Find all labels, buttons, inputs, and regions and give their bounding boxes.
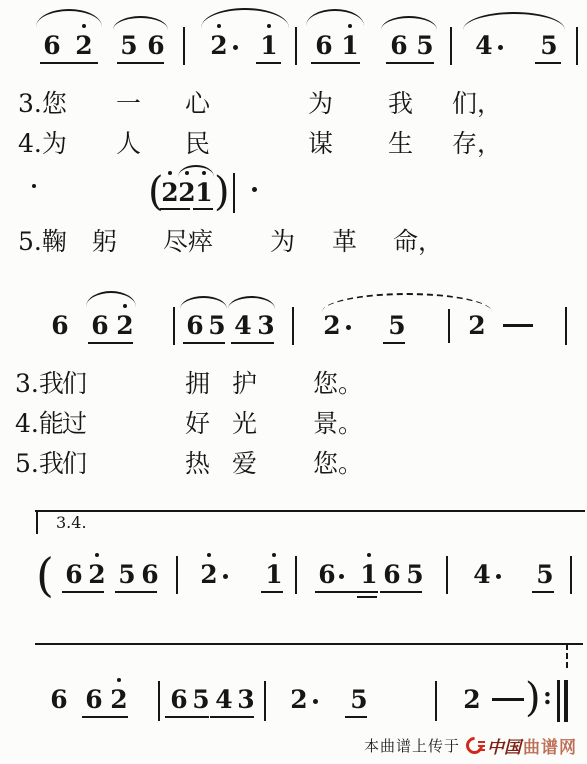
- augmentation-dot: [346, 325, 351, 330]
- note-digit: 6: [51, 313, 69, 338]
- barline: [450, 27, 452, 65]
- beam-underline: [345, 716, 367, 718]
- note-digit: 2: [468, 313, 486, 338]
- note-digit: 5: [120, 33, 138, 58]
- lyric-text: 躬: [92, 228, 117, 256]
- lyric-text: 为: [270, 228, 295, 256]
- site-logo-text-cn: 中国: [487, 733, 521, 758]
- lyric-text: 4.能: [15, 410, 64, 438]
- beam-underline: [386, 62, 434, 64]
- note-digit: 4: [473, 562, 491, 587]
- augmentation-dot: [233, 45, 238, 50]
- note-digit: 2: [210, 33, 228, 58]
- note-digit: 6: [170, 687, 188, 712]
- barline: [292, 307, 294, 345]
- octave-dot: [272, 553, 276, 557]
- beam-underline: [115, 591, 157, 593]
- octave-dot: [267, 24, 271, 28]
- note-digit: 6: [91, 313, 109, 338]
- augmentation-dot: [313, 699, 318, 704]
- octave-dot: [207, 553, 211, 557]
- lyric-text: 存，: [452, 130, 502, 158]
- slur-arc: [463, 12, 565, 30]
- beam-underline: [183, 342, 225, 344]
- note-digit: 2: [116, 313, 134, 338]
- note-digit: 6: [141, 562, 159, 587]
- note-digit: 6: [43, 33, 61, 58]
- note-digit: 2: [323, 313, 341, 338]
- beam-underline: [380, 591, 422, 593]
- lyric-text: 们: [62, 370, 87, 398]
- note-digit: 2: [178, 180, 196, 205]
- note-digit: 6: [390, 33, 408, 58]
- beam-underline: [117, 62, 164, 64]
- lyric-text: 尽瘁: [163, 228, 213, 256]
- octave-dot: [348, 24, 352, 28]
- augmentation-dot: [498, 45, 503, 50]
- note-digit: 6: [147, 33, 165, 58]
- music-note-logo-icon: [466, 736, 485, 755]
- octave-dot: [123, 304, 127, 308]
- lyric-text: 我: [388, 90, 413, 118]
- beam-underline: [261, 591, 283, 593]
- octave-dot: [367, 553, 371, 557]
- lyric-text: 4.为: [18, 130, 67, 158]
- note-digit: 2: [161, 180, 179, 205]
- parenthesis: ): [525, 678, 541, 718]
- note-digit: 3: [257, 313, 275, 338]
- note-digit: 5: [208, 313, 226, 338]
- tie-dashed: [322, 293, 492, 312]
- repeat-colon: :: [543, 684, 552, 708]
- beam-underline: [210, 716, 254, 718]
- footer: 本曲谱上传于 中国 曲谱网: [364, 733, 577, 758]
- barline: [233, 173, 235, 213]
- note-digit: 5: [192, 687, 210, 712]
- note-digit: 6: [50, 687, 68, 712]
- barline: [264, 681, 266, 721]
- note-digit: 1: [265, 562, 283, 587]
- augmentation-dot: [223, 574, 228, 579]
- note-digit: 3: [237, 687, 255, 712]
- lyric-text: 您。: [313, 450, 363, 478]
- octave-dot: [95, 553, 99, 557]
- mark-dot: [252, 187, 257, 192]
- parenthesis: (: [36, 552, 54, 598]
- lyric-text: 为: [308, 90, 333, 118]
- octave-dot: [217, 24, 221, 28]
- octave-dot: [82, 24, 86, 28]
- barline: [576, 27, 578, 65]
- barline: [448, 309, 450, 343]
- lyric-text: 心: [185, 90, 210, 118]
- lyric-text: 革: [332, 228, 357, 256]
- upload-note-text: 本曲谱上传于: [364, 735, 460, 756]
- barline: [570, 556, 572, 594]
- slur-arc: [178, 165, 214, 177]
- slur-arc: [306, 9, 364, 26]
- system-line: [35, 643, 583, 645]
- beam-underline: [82, 716, 128, 718]
- lyric-text: 一: [116, 90, 141, 118]
- note-digit: 5: [388, 313, 406, 338]
- note-digit: 6: [318, 562, 336, 587]
- slur-arc: [36, 9, 102, 27]
- barline: [565, 307, 567, 345]
- repeat-barline-thick: [564, 680, 568, 722]
- note-digit: 4: [234, 313, 252, 338]
- lyric-text: 人: [116, 130, 141, 158]
- augmentation-dot: [339, 574, 344, 579]
- lyric-text: 光: [232, 410, 257, 438]
- lyric-text: 们: [62, 450, 87, 478]
- note-digit: 5: [416, 33, 434, 58]
- note-digit: 6: [85, 687, 103, 712]
- score-stage: 6256216165453.您一心为我们，4.为人民谋生存，(221)5.鞠躬尽…: [0, 0, 587, 764]
- barline: [295, 556, 297, 594]
- augmentation-dot: [496, 574, 501, 579]
- beam-underline: [193, 208, 213, 210]
- note-digit: 2: [75, 33, 93, 58]
- beam-underline: [532, 591, 554, 593]
- lyric-text: 过: [62, 410, 87, 438]
- lyric-text: 5.我: [15, 450, 64, 478]
- note-digit: 1: [260, 33, 278, 58]
- mark-dot: [32, 184, 36, 188]
- slur-arc: [113, 16, 168, 30]
- note-digit: 5: [118, 562, 136, 587]
- octave-dot: [117, 678, 121, 682]
- note-digit: 2: [88, 562, 106, 587]
- note-digit: 4: [215, 687, 233, 712]
- slur-arc: [381, 16, 437, 30]
- note-digit: 1: [341, 33, 359, 58]
- system-line: [35, 510, 585, 512]
- note-digit: 5: [536, 562, 554, 587]
- beam-underline: [357, 596, 377, 598]
- lyric-text: 命，: [393, 228, 443, 256]
- barline: [183, 27, 185, 65]
- beam-underline: [231, 342, 274, 344]
- barline: [435, 681, 437, 721]
- slur-arc: [180, 296, 227, 309]
- lyric-text: 拥: [185, 370, 210, 398]
- lyric-text: 3.我: [15, 370, 64, 398]
- note-digit: 1: [360, 562, 378, 587]
- slur-arc: [201, 8, 289, 28]
- note-digit: 5: [350, 687, 368, 712]
- volta-label: 3.4.: [56, 514, 87, 532]
- note-digit: 2: [463, 687, 481, 712]
- parenthesis: ): [214, 172, 230, 212]
- beam-underline: [88, 342, 133, 344]
- barline: [176, 556, 178, 594]
- slur-arc: [228, 296, 275, 309]
- barline: [295, 27, 297, 65]
- lyric-text: 您。: [313, 370, 363, 398]
- site-logo[interactable]: 中国 曲谱网: [466, 733, 577, 758]
- note-digit: 4: [475, 33, 493, 58]
- lyric-text: 景。: [313, 410, 363, 438]
- repeat-barline-thin: [557, 680, 560, 722]
- note-digit: 6: [186, 313, 204, 338]
- beam-underline: [311, 62, 360, 64]
- note-digit: 5: [406, 562, 424, 587]
- lyric-text: 5.鞠: [18, 228, 67, 256]
- beam-underline: [165, 716, 209, 718]
- lyric-text: 3.您: [18, 90, 67, 118]
- beam-underline: [535, 62, 561, 64]
- note-digit: 5: [540, 33, 558, 58]
- beam-underline: [315, 591, 378, 593]
- lyric-text: 热: [185, 450, 210, 478]
- note-digit: 1: [195, 180, 213, 205]
- lyric-text: 民: [185, 130, 210, 158]
- barline: [158, 681, 160, 721]
- barline: [173, 307, 175, 345]
- note-digit: 2: [200, 562, 218, 587]
- slur-arc: [86, 291, 136, 307]
- beam-underline: [40, 62, 98, 64]
- beam-underline: [383, 342, 405, 344]
- site-logo-text-site: 曲谱网: [523, 733, 577, 758]
- volta-tick: [36, 510, 38, 534]
- lyric-text: 们，: [452, 90, 502, 118]
- duration-dash: [492, 698, 524, 701]
- note-digit: 6: [65, 562, 83, 587]
- octave-dot: [168, 171, 172, 175]
- beam-underline: [62, 591, 104, 593]
- note-digit: 6: [315, 33, 333, 58]
- lyric-text: 爱: [232, 450, 257, 478]
- duration-dash: [503, 324, 533, 327]
- note-digit: 2: [290, 687, 308, 712]
- lyric-text: 好: [185, 410, 210, 438]
- volta-tick-dashed: [566, 644, 568, 668]
- beam-underline: [256, 62, 281, 64]
- lyric-text: 护: [232, 370, 257, 398]
- note-digit: 2: [110, 687, 128, 712]
- note-digit: 6: [383, 562, 401, 587]
- barline: [446, 556, 448, 594]
- beam-underline: [160, 208, 190, 210]
- lyric-text: 生: [388, 130, 413, 158]
- lyric-text: 谋: [308, 130, 333, 158]
